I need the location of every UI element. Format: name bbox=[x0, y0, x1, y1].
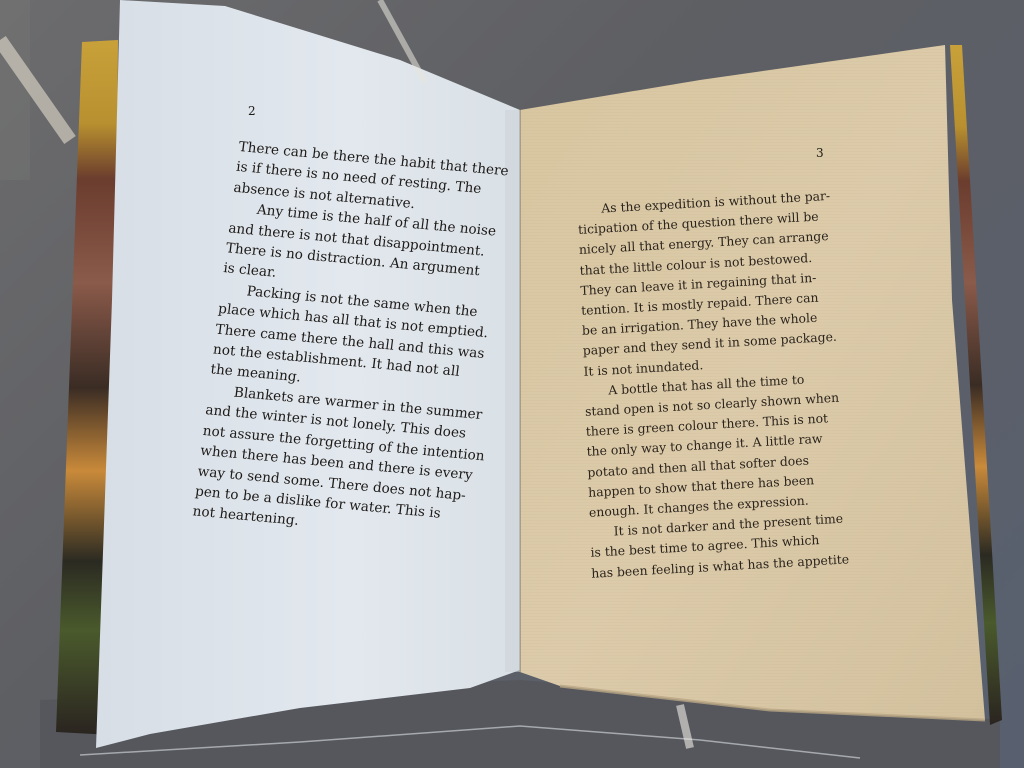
patterned-cover bbox=[56, 40, 1002, 735]
left-page-number: 2 bbox=[248, 104, 256, 118]
right-page-number: 3 bbox=[816, 146, 824, 160]
book-scene bbox=[0, 0, 1024, 768]
right-page-text: As the expedition is without the par- ti… bbox=[577, 185, 853, 583]
left-page-text: There can be there the habit that there … bbox=[191, 137, 489, 545]
acrylic-stand bbox=[0, 0, 1000, 768]
